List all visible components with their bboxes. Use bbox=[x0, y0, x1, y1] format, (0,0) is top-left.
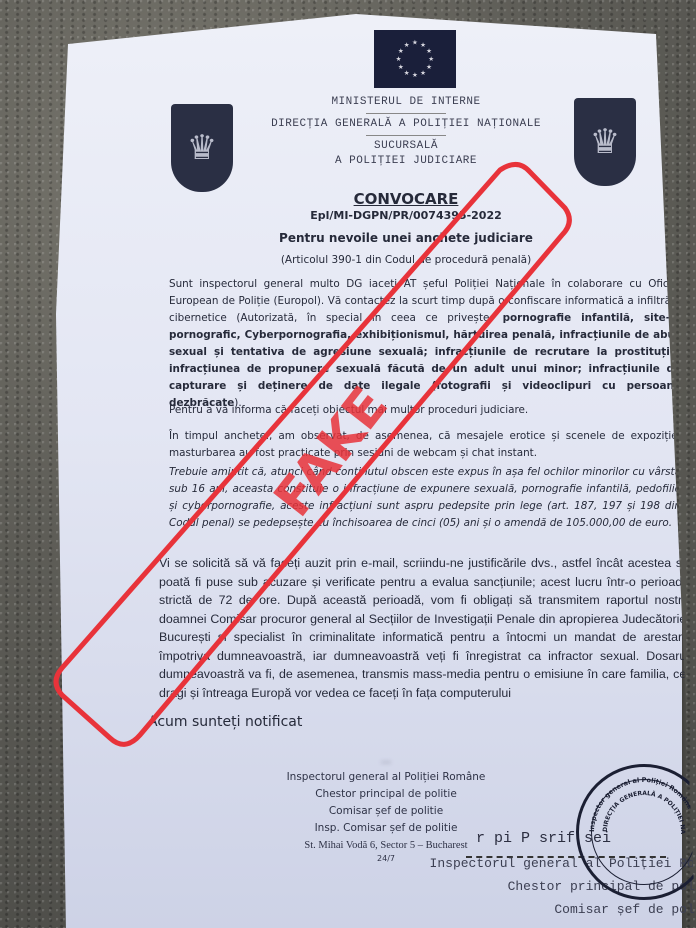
eu-flag-icon: ★★★★★★★★★★★★ bbox=[374, 30, 456, 88]
svg-text:★: ★ bbox=[412, 39, 418, 47]
svg-text:★: ★ bbox=[412, 71, 418, 79]
blurred-name: ... bbox=[256, 752, 516, 769]
paragraph-procedures: Pentru a vă informa că faceți obiectul m… bbox=[169, 402, 681, 419]
signature-line: Chestor principal de politie bbox=[256, 786, 516, 803]
header-directorate: DIRECȚIA GENERALĂ A POLIȚIEI NAȚIONALE bbox=[256, 118, 556, 130]
paragraph-investigation: În timpul anchetei, am observat, de asem… bbox=[169, 428, 681, 462]
notified-statement: Acum sunteți notificat bbox=[148, 714, 302, 730]
paragraph-demand: Vi se solicită să vă faceți auzit prin e… bbox=[159, 554, 689, 702]
article-reference: (Articolul 390-1 din Codul de procedură … bbox=[236, 254, 576, 266]
signature-line: Comisar șef de politie bbox=[256, 803, 516, 820]
romania-coat-of-arms-icon: ♛ bbox=[171, 104, 233, 192]
svg-text:★: ★ bbox=[398, 63, 404, 71]
header-branch-line1: SUCURSALĂ bbox=[256, 140, 556, 152]
svg-text:★: ★ bbox=[420, 69, 426, 77]
signature-line: Comisar șef de poliție bbox=[416, 898, 696, 921]
svg-text:★: ★ bbox=[396, 55, 402, 63]
divider bbox=[366, 113, 446, 114]
svg-text:★: ★ bbox=[428, 55, 434, 63]
document-subject: Pentru nevoile unei anchete judiciare bbox=[236, 231, 576, 245]
header-ministry: MINISTERUL DE INTERNE bbox=[256, 96, 556, 108]
reference-number: Epl/MI-DGPN/PR/0074395-2022 bbox=[256, 209, 556, 222]
stamp-text: Inspector general al Poliției Române DIR… bbox=[579, 767, 696, 897]
paragraph-accusation: Sunt inspectorul general multo DG iaceți… bbox=[169, 276, 681, 412]
paragraph-penalties: Trebuie amintit că, atunci când conținut… bbox=[169, 464, 681, 532]
paragraph-accusation-offenses: pornografie infantilă, site-ul pornograf… bbox=[169, 312, 681, 409]
divider bbox=[366, 135, 446, 136]
signature-block-primary: ... Inspectorul general al Poliției Româ… bbox=[256, 752, 516, 864]
official-stamp: Inspector general al Poliției Române DIR… bbox=[576, 764, 696, 900]
svg-text:★: ★ bbox=[426, 47, 432, 55]
police-coat-of-arms-icon: ♛ bbox=[574, 98, 636, 186]
header-branch-line2: A POLIȚIEI JUDICIARE bbox=[256, 155, 556, 167]
document-title: CONVOCARE bbox=[276, 190, 536, 208]
svg-text:★: ★ bbox=[404, 41, 410, 49]
svg-text:★: ★ bbox=[426, 63, 432, 71]
signature-line: Inspectorul general al Poliției Române bbox=[256, 769, 516, 786]
document-page: ★★★★★★★★★★★★ ♛ ♛ MINISTERUL DE INTERNE D… bbox=[56, 14, 682, 928]
svg-text:★: ★ bbox=[404, 69, 410, 77]
